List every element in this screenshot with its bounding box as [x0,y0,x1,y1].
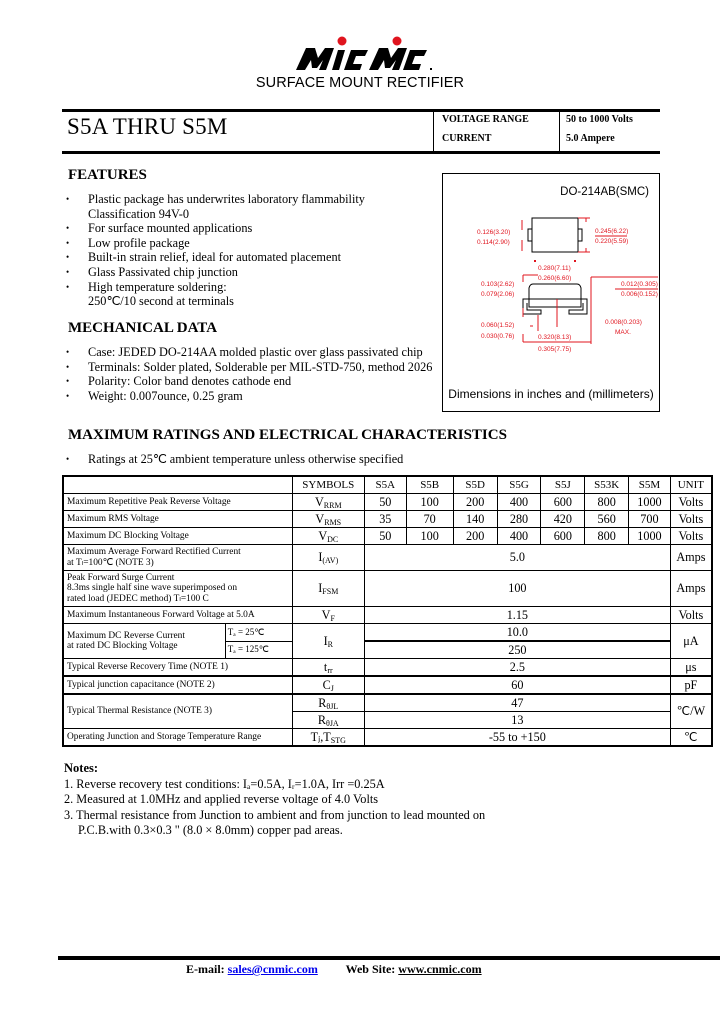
col-header: S53K [585,476,629,494]
table-row: Operating Junction and Storage Temperatu… [63,729,712,747]
current-label: CURRENT [442,133,491,144]
feature-item: High temperature soldering: [66,280,426,295]
ratings-table: SYMBOLS S5A S5B S5D S5G S5J S53K S5M UNI… [62,475,713,747]
package-drawing: 0.126(3.20) 0.114(2.90) 0.245(6.22) 0.22… [442,173,660,412]
mechanical-item: Case: JEDED DO-214AA molded plastic over… [66,345,446,360]
table-row: Maximum RMS Voltage VRMS 35 70 140 280 4… [63,511,712,528]
col-header: S5A [364,476,406,494]
mic-logo [296,36,436,72]
logo-dot [338,37,347,46]
svg-text:0.245(6.22): 0.245(6.22) [595,228,628,235]
feature-item: Glass Passivated chip junction [66,265,426,280]
ratings-note: Ratings at 25℃ ambient temperature unles… [66,452,486,467]
ratings-heading: MAXIMUM RATINGS AND ELECTRICAL CHARACTER… [68,427,507,444]
symbol: VDC [292,528,364,545]
feature-item: Built-in strain relief, ideal for automa… [66,250,426,265]
package-caption: Dimensions in inches and (millimeters) [443,387,659,401]
package-title: DO-214AB(SMC) [560,186,649,198]
col-header: S5J [541,476,585,494]
document-subtitle: SURFACE MOUNT RECTIFIER [0,75,720,91]
mechanical-item: Weight: 0.007ounce, 0.25 gram [66,389,446,404]
table-row: Maximum DC Reverse Currentat rated DC Bl… [63,624,712,642]
symbol: Tⱼ,TSTG [292,729,364,747]
svg-text:0.012(0.305): 0.012(0.305) [621,281,658,288]
svg-text:0.320(8.13): 0.320(8.13) [538,334,571,341]
note-item: P.C.B.with 0.3×0.3 " (8.0 × 8.0mm) coppe… [64,823,485,839]
footer-rule [58,956,720,960]
svg-text:0.220(5.59): 0.220(5.59) [595,238,628,245]
svg-text:0.114(2.90): 0.114(2.90) [477,239,510,246]
svg-text:0.060(1.52): 0.060(1.52) [481,322,514,329]
svg-text:0.006(0.152): 0.006(0.152) [621,291,658,298]
svg-text:0.103(2.62): 0.103(2.62) [481,281,514,288]
voltage-range-value: 50 to 1000 Volts [566,114,633,125]
table-row: Maximum DC Blocking Voltage VDC 50 100 2… [63,528,712,545]
svg-text:0.126(3.20): 0.126(3.20) [477,229,510,236]
symbol: trr [292,659,364,677]
svg-text:0.260(6.60): 0.260(6.60) [538,275,571,282]
feature-item: Plastic package has underwrites laborato… [66,192,426,207]
table-row: Peak Forward Surge Current8.3ms single h… [63,571,712,607]
email-label: E-mail: [186,962,225,976]
notes-heading: Notes: [64,761,485,777]
mechanical-item: Terminals: Solder plated, Solderable per… [66,360,446,375]
feature-item: 250℃/10 second at terminals [66,294,426,309]
symbol: I(AV) [292,545,364,571]
web-label: Web Site: [346,962,396,976]
symbol: RθJL [292,694,364,712]
col-header: SYMBOLS [292,476,364,494]
email-link[interactable]: sales@cnmic.com [228,962,318,976]
feature-item: Low profile package [66,236,426,251]
svg-text:0.079(2.06): 0.079(2.06) [481,291,514,298]
table-row: Maximum Repetitive Peak Reverse Voltage … [63,494,712,511]
features-heading: FEATURES [68,167,147,184]
voltage-range-label: VOLTAGE RANGE [442,114,529,125]
svg-text:MAX.: MAX. [615,329,631,336]
notes-section: Notes: 1. Reverse recovery test conditio… [64,761,485,839]
symbol: IR [292,624,364,659]
table-row: Typical Thermal Resistance (NOTE 3) RθJL… [63,694,712,712]
symbol: CJ [292,676,364,694]
note-item: 1. Reverse recovery test conditions: Iₐ=… [64,777,485,793]
table-row: Maximum Average Forward Rectified Curren… [63,545,712,571]
package-outline-drawing: 0.126(3.20) 0.114(2.90) 0.245(6.22) 0.22… [443,174,661,413]
note-item: 2. Measured at 1.0MHz and applied revers… [64,792,485,808]
symbol: VRRM [292,494,364,511]
mechanical-list: Case: JEDED DO-214AA molded plastic over… [66,345,446,403]
table-row: Typical Reverse Recovery Time (NOTE 1) t… [63,659,712,677]
svg-text:0.008(0.203): 0.008(0.203) [605,319,642,326]
mechanical-heading: MECHANICAL DATA [68,320,217,337]
svg-text:0.280(7.11): 0.280(7.11) [538,265,571,272]
ratings-note-list: Ratings at 25℃ ambient temperature unles… [66,452,486,467]
mechanical-item: Polarity: Color band denotes cathode end [66,374,446,389]
svg-text:0.305(7.75): 0.305(7.75) [538,346,571,353]
title-divider [433,112,434,153]
website-link[interactable]: www.cnmic.com [398,962,481,976]
current-value: 5.0 Ampere [566,133,615,144]
title-divider [559,112,560,153]
col-header: S5G [497,476,541,494]
col-header: S5D [453,476,497,494]
header-blank [63,476,292,494]
part-range-title: S5A THRU S5M [67,114,227,140]
table-row: Typical junction capacitance (NOTE 2) CJ… [63,676,712,694]
table-header-row: SYMBOLS S5A S5B S5D S5G S5J S53K S5M UNI… [63,476,712,494]
symbol: RθJA [292,712,364,729]
note-item: 3. Thermal resistance from Junction to a… [64,808,485,824]
features-list: Plastic package has underwrites laborato… [66,192,426,309]
col-header: S5M [629,476,671,494]
symbol: IFSM [292,571,364,607]
col-header: UNIT [670,476,712,494]
symbol: VRMS [292,511,364,528]
feature-item: Classification 94V-0 [66,207,426,222]
footer-contact: E-mail: sales@cnmic.com Web Site: www.cn… [186,962,482,977]
feature-item: For surface mounted applications [66,221,426,236]
svg-text:0.030(0.76): 0.030(0.76) [481,333,514,340]
title-rule-top [62,109,660,112]
table-row: Maximum Instantaneous Forward Voltage at… [63,607,712,624]
title-rule-bottom [62,151,660,154]
symbol: VF [292,607,364,624]
col-header: S5B [406,476,453,494]
